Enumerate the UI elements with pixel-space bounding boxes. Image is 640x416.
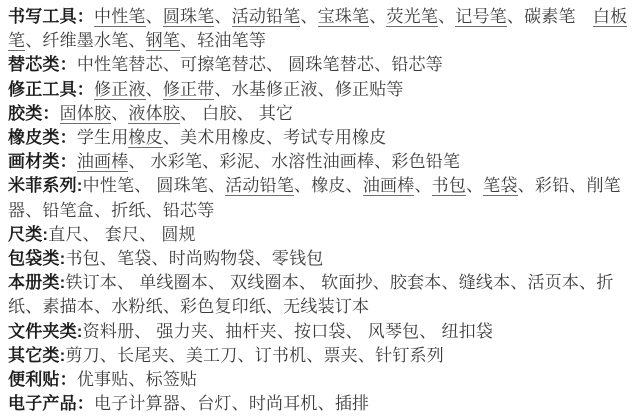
item-text: 时尚耳机 (249, 394, 318, 413)
category-label: 其它类: (8, 346, 65, 365)
item-text: 铅笔盒 (42, 201, 94, 220)
category-row: 修正工具：修正液、修正带、水基修正液、修正贴等 (8, 78, 632, 102)
item-text: 可擦笔替芯 (180, 55, 266, 74)
item-separator: 、 (94, 297, 111, 316)
category-label: 书写工具： (8, 7, 94, 26)
item-text: 书包 (65, 249, 99, 268)
item-separator: 、 (294, 176, 311, 195)
item-text: 考试专用橡皮 (283, 128, 386, 147)
item-text: 优事贴 (77, 370, 129, 389)
item-separator: 、 (202, 152, 219, 171)
item-link[interactable]: 中性笔 (94, 7, 146, 27)
item-separator: 、 (117, 273, 139, 292)
item-separator: 、 (374, 55, 391, 74)
item-separator: 、 (100, 346, 117, 365)
item-separator: 、 (163, 55, 180, 74)
item-text: 活页本 (528, 273, 580, 292)
category-row: 其它类:剪刀、长尾夹、美工刀、订书机、票夹、针钉系列 (8, 344, 632, 368)
item-separator: 、 (318, 80, 335, 99)
item-text: 水基修正液 (232, 80, 318, 99)
item-separator: 、 (163, 297, 180, 316)
item-separator: 、 (300, 7, 317, 26)
category-row: 胶类：固体胶、液体胶、 白胶、 其它 (8, 102, 632, 126)
item-text: 彩色铅笔 (391, 152, 460, 171)
item-separator: 、 (507, 7, 524, 26)
item-separator: 、 (466, 176, 483, 195)
item-separator: 、 (180, 31, 197, 50)
category-label: 修正工具： (8, 80, 94, 99)
item-separator: 、 (374, 152, 391, 171)
item-separator: 、 (318, 394, 335, 413)
item-text: 折纸 (111, 201, 145, 220)
item-separator: 、 (254, 152, 271, 171)
item-text: 无线装订本 (283, 297, 369, 316)
item-separator: 、 (208, 273, 230, 292)
category-label: 米菲系列: (8, 176, 83, 195)
item-separator: 、 (180, 104, 202, 123)
item-link[interactable]: 活动铅笔 (225, 176, 294, 196)
item-text: 水粉纸 (111, 297, 163, 316)
item-text: 纽扣袋 (442, 322, 494, 341)
item-link[interactable]: 橡皮 (128, 128, 162, 148)
item-text: 白胶 (202, 104, 236, 123)
item-text: 缝线本 (459, 273, 511, 292)
item-text: 直尺 (48, 225, 82, 244)
item-separator: 、 (277, 322, 294, 341)
item-separator: 、 (369, 7, 386, 26)
item-text: 台灯 (197, 394, 231, 413)
item-separator: 、 (134, 322, 156, 341)
item-separator: 、 (306, 346, 323, 365)
item-separator: 、 (237, 104, 259, 123)
item-text: 轻油笔等 (197, 31, 266, 50)
item-separator: 、 (100, 249, 117, 268)
item-separator: 、 (442, 273, 459, 292)
item-link[interactable]: 书包 (432, 176, 466, 196)
item-separator: 、 (134, 176, 156, 195)
item-separator: 、 (346, 176, 363, 195)
item-text: 长尾夹 (117, 346, 169, 365)
item-text: 彩色复印纸 (180, 297, 266, 316)
item-text: 铅芯等 (391, 55, 443, 74)
category-label: 替芯类： (8, 55, 77, 74)
category-row: 本册类:铁订本、 单线圈本、 双线圈本、 软面抄、胶套本、缝线本、活页本、折纸、… (8, 271, 632, 319)
item-text: 水溶性油画棒 (271, 152, 374, 171)
item-text: 美工刀 (186, 346, 238, 365)
item-text: 按口袋 (294, 322, 346, 341)
item-link[interactable]: 活动铅笔 (232, 7, 301, 27)
item-separator: 、 (438, 7, 455, 26)
item-separator: 、 (139, 225, 161, 244)
item-separator: 、 (146, 7, 163, 26)
item-separator: 、 (266, 297, 283, 316)
item-text: 胶套本 (390, 273, 442, 292)
item-separator: 、 (214, 7, 231, 26)
item-separator (576, 7, 593, 26)
item-text: 水彩笔 (151, 152, 203, 171)
item-separator: 、 (299, 273, 321, 292)
item-text: 票夹 (324, 346, 358, 365)
item-separator: 、 (214, 80, 231, 99)
item-text: 笔袋 (117, 249, 151, 268)
category-row: 米菲系列:中性笔、 圆珠笔、活动铅笔、橡皮、油画棒、书包、笔袋、彩铅、削笔器、铅… (8, 174, 632, 222)
item-separator: 、 (419, 322, 441, 341)
item-text: 标签贴 (146, 370, 198, 389)
item-separator: 、 (25, 297, 42, 316)
item-text: 双线圈本 (230, 273, 299, 292)
item-text: 中性笔 (83, 176, 135, 195)
item-text: 素描本 (42, 297, 94, 316)
item-separator: 、 (232, 394, 249, 413)
item-separator: 、 (146, 80, 163, 99)
item-separator: 、 (128, 370, 145, 389)
item-link[interactable]: 修正带 (163, 80, 215, 100)
category-row: 电子产品：电子计算器、台灯、时尚耳机、插排 (8, 392, 632, 416)
item-separator: 、 (94, 201, 111, 220)
item-text: 强力夹 (156, 322, 208, 341)
category-row: 文件夹类:资料册、 强力夹、抽杆夹、按口袋、 风琴包、 纽扣袋 (8, 320, 632, 344)
category-row: 尺类:直尺、 套尺、 圆规 (8, 223, 632, 247)
category-label: 便利贴： (8, 370, 77, 389)
item-text: 美术用橡皮 (180, 128, 266, 147)
item-text: 碳素笔 (524, 7, 576, 26)
item-text: 套尺 (105, 225, 139, 244)
item-link[interactable]: 荧光笔 (386, 7, 438, 27)
item-link[interactable]: 固体胶 (60, 104, 112, 124)
category-row: 书写工具：中性笔、圆珠笔、活动铅笔、宝珠笔、荧光笔、记号笔、碳素笔 白板笔、纤维… (8, 5, 632, 53)
item-separator: 、 (238, 346, 255, 365)
item-text: 圆珠笔替芯 (288, 55, 374, 74)
item-text: 修正贴等 (335, 80, 404, 99)
item-separator: 、 (146, 201, 163, 220)
item-text: 风琴包 (368, 322, 420, 341)
item-text: 剪刀 (65, 346, 99, 365)
item-link[interactable]: 油画棒 (363, 176, 415, 196)
item-separator: 、 (373, 273, 390, 292)
item-text: 其它 (259, 104, 293, 123)
item-text: 电子计算器 (94, 394, 180, 413)
item-text: 针钉系列 (375, 346, 444, 365)
item-text: 圆珠笔 (156, 176, 208, 195)
item-separator: 、 (358, 346, 375, 365)
item-separator: 、 (25, 201, 42, 220)
item-text: 铅芯等 (163, 201, 215, 220)
item-text: 铁订本 (65, 273, 117, 292)
category-label: 文件夹类: (8, 322, 83, 341)
item-separator: 、 (569, 176, 586, 195)
item-text: 零钱包 (272, 249, 324, 268)
category-label: 画材类： (8, 152, 77, 171)
item-text: 中性笔替芯 (77, 55, 163, 74)
category-row: 橡皮类：学生用橡皮、美术用橡皮、考试专用橡皮 (8, 126, 632, 150)
item-text: 时尚购物袋 (169, 249, 255, 268)
item-link[interactable]: 圆珠笔 (163, 7, 215, 27)
item-separator: 、 (180, 394, 197, 413)
category-label: 尺类: (8, 225, 48, 244)
item-text: 软面抄 (321, 273, 373, 292)
category-label: 本册类: (8, 273, 65, 292)
item-link[interactable]: 液体胶 (128, 104, 180, 124)
item-separator: 、 (518, 176, 535, 195)
item-text: 订书机 (255, 346, 307, 365)
item-text: 资料册 (83, 322, 135, 341)
item-separator: 、 (25, 31, 42, 50)
item-text: 插排 (335, 394, 369, 413)
item-text: 抽杆夹 (225, 322, 277, 341)
item-separator: 、 (346, 322, 368, 341)
item-separator: 、 (414, 176, 431, 195)
item-link[interactable]: 修正液 (94, 80, 146, 100)
item-link[interactable]: 记号笔 (455, 7, 507, 27)
item-separator: 、 (266, 55, 288, 74)
item-link[interactable]: 笔袋 (483, 176, 517, 196)
item-separator: 、 (208, 322, 225, 341)
item-separator: 、 (255, 249, 272, 268)
item-link[interactable]: 钢笔 (146, 31, 180, 51)
item-link[interactable]: 油画棒 (77, 152, 129, 172)
item-text: 橡皮 (311, 176, 345, 195)
item-separator: 、 (128, 152, 150, 171)
item-separator: 、 (169, 346, 186, 365)
item-separator: 、 (579, 273, 596, 292)
item-text: 单线圈本 (139, 273, 208, 292)
category-label: 胶类： (8, 104, 60, 123)
item-separator: 、 (111, 104, 128, 123)
item-separator: 、 (83, 225, 105, 244)
item-text: 学生用 (77, 128, 129, 147)
item-text: 彩铅 (535, 176, 569, 195)
category-row: 包袋类:书包、笔袋、时尚购物袋、零钱包 (8, 247, 632, 271)
item-separator: 、 (163, 128, 180, 147)
item-link[interactable]: 宝珠笔 (318, 7, 370, 27)
category-label: 橡皮类： (8, 128, 77, 147)
item-text: 彩泥 (219, 152, 253, 171)
category-row: 替芯类：中性笔替芯、可擦笔替芯、 圆珠笔替芯、铅芯等 (8, 53, 632, 77)
category-label: 电子产品： (8, 394, 94, 413)
category-row: 便利贴：优事贴、标签贴 (8, 368, 632, 392)
item-separator: 、 (266, 128, 283, 147)
category-row: 画材类：油画棒、 水彩笔、彩泥、水溶性油画棒、彩色铅笔 (8, 150, 632, 174)
item-separator: 、 (510, 273, 527, 292)
category-list: 书写工具：中性笔、圆珠笔、活动铅笔、宝珠笔、荧光笔、记号笔、碳素笔 白板笔、纤维… (0, 0, 640, 416)
item-text: 圆规 (161, 225, 195, 244)
item-separator: 、 (151, 249, 168, 268)
item-separator: 、 (208, 176, 225, 195)
item-text: 纤维墨水笔 (42, 31, 128, 50)
category-label: 包袋类: (8, 249, 65, 268)
item-separator: 、 (128, 31, 145, 50)
